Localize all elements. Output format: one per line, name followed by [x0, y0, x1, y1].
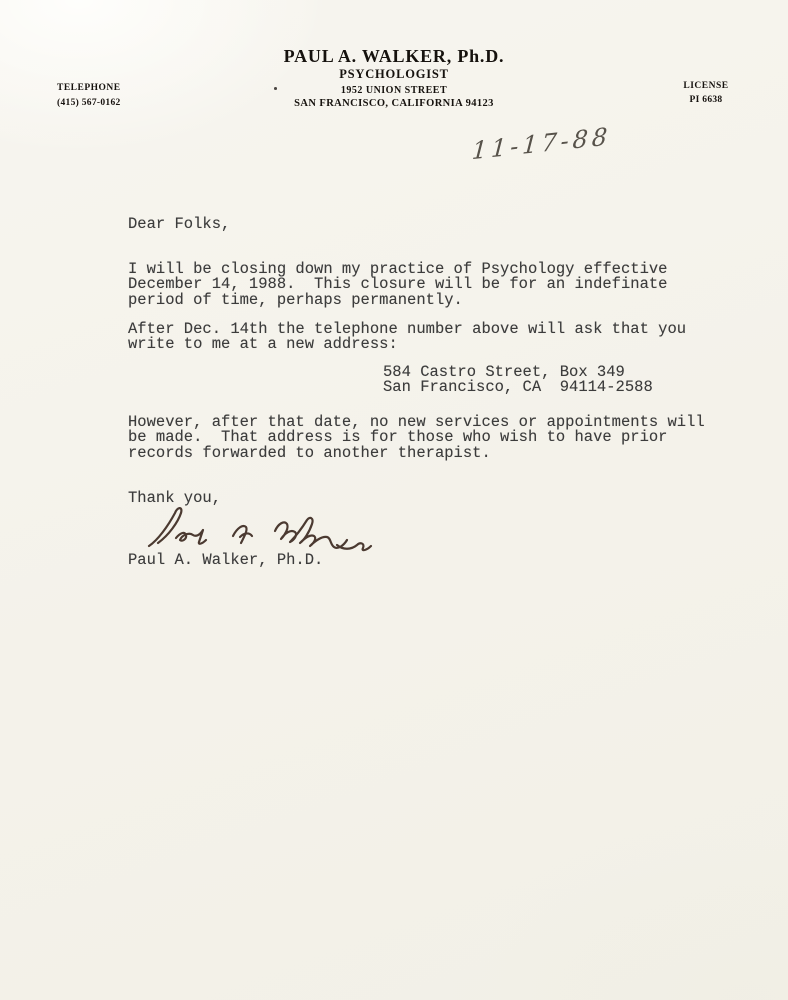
letterhead-profession: PSYCHOLOGIST — [0, 67, 788, 81]
telephone-label: TELEPHONE — [57, 83, 121, 93]
ink-speck — [274, 87, 277, 90]
signature-handwritten — [145, 504, 377, 552]
telephone-number: (415) 567-0162 — [57, 98, 121, 108]
letterhead-name: PAUL A. WALKER, Ph.D. — [0, 47, 788, 66]
salutation: Dear Folks, — [128, 217, 230, 232]
letterhead-telephone-block: TELEPHONE (415) 567-0162 — [57, 83, 121, 108]
license-label: LICENSE — [660, 81, 752, 91]
forward-address: 584 Castro Street, Box 349 San Francisco… — [383, 365, 653, 396]
handwritten-date: 11-17-88 — [471, 122, 612, 165]
paragraph-1: I will be closing down my practice of Ps… — [128, 262, 668, 308]
typed-signature-name: Paul A. Walker, Ph.D. — [128, 553, 323, 568]
paragraph-3: However, after that date, no new service… — [128, 415, 705, 461]
license-number: PI 6638 — [660, 95, 752, 105]
letter-page: PAUL A. WALKER, Ph.D. PSYCHOLOGIST 1952 … — [0, 0, 788, 1000]
letterhead-license-block: LICENSE PI 6638 — [660, 81, 752, 105]
paragraph-2: After Dec. 14th the telephone number abo… — [128, 322, 686, 353]
